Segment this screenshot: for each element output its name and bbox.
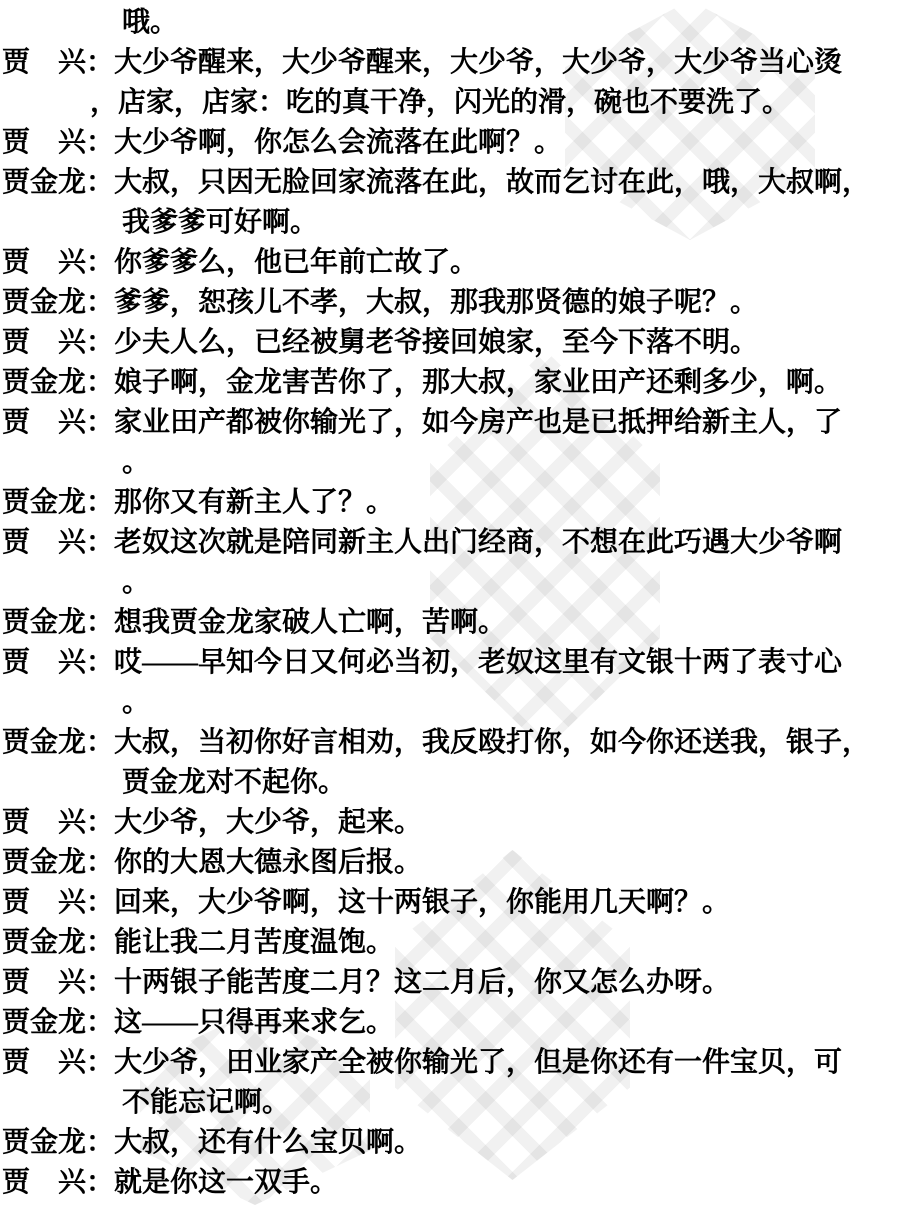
dialogue-line: 大叔，还有什么宝贝啊。: [114, 1123, 900, 1163]
dialogue-line: 你爹爹么，他已年前亡故了。: [114, 243, 900, 283]
dialogue-block: 哦。: [114, 3, 900, 43]
speaker-label: 贾 兴：: [2, 403, 114, 443]
dialogue-block: 大少爷醒来，大少爷醒来，大少爷，大少爷，大少爷当心烫，店家，店家：吃的真干净，闪…: [114, 43, 900, 123]
utterance-row: 贾 兴：就是你这一双手。: [2, 1163, 900, 1203]
speaker-label: 贾 兴：: [2, 523, 114, 563]
utterance-row: 贾 兴：大少爷，田业家产全被你输光了，但是你还有一件宝贝，可不能忘记啊。: [2, 1043, 900, 1123]
dialogue-block: 娘子啊，金龙害苦你了，那大叔，家业田产还剩多少，啊。: [114, 363, 900, 403]
speaker-label: 贾金龙：: [2, 363, 114, 403]
speaker-label: 贾 兴：: [2, 1043, 114, 1083]
speaker-label: 贾金龙：: [2, 1003, 114, 1043]
dialogue-block: 爹爹，恕孩儿不孝，大叔，那我那贤德的娘子呢？。: [114, 283, 900, 323]
dialogue-line: 爹爹，恕孩儿不孝，大叔，那我那贤德的娘子呢？。: [114, 283, 900, 323]
utterance-row: 贾金龙：能让我二月苦度温饱。: [2, 923, 900, 963]
utterance-row: 贾金龙：大叔，当初你好言相劝，我反殴打你，如今你还送我，银子，贾金龙对不起你。: [2, 723, 900, 803]
dialogue-line: 哎——早知今日又何必当初，老奴这里有文银十两了表寸心: [114, 643, 900, 683]
dialogue-line: 那你又有新主人了？。: [114, 483, 900, 523]
dialogue-block: 这——只得再来求乞。: [114, 1003, 900, 1043]
dialogue-block: 大少爷啊，你怎么会流落在此啊？。: [114, 123, 900, 163]
speaker-label: 贾金龙：: [2, 843, 114, 883]
dialogue-block: 能让我二月苦度温饱。: [114, 923, 900, 963]
dialogue-line: 贾金龙对不起你。: [122, 763, 900, 803]
utterance-row: 贾 兴：你爹爹么，他已年前亡故了。: [2, 243, 900, 283]
speaker-label: 贾 兴：: [2, 643, 114, 683]
utterance-row: 贾 兴：大少爷醒来，大少爷醒来，大少爷，大少爷，大少爷当心烫，店家，店家：吃的真…: [2, 43, 900, 123]
speaker-label: 贾 兴：: [2, 123, 114, 163]
dialogue-line: 大叔，只因无脸回家流落在此，故而乞讨在此，哦，大叔啊，: [114, 163, 900, 203]
dialogue-block: 哎——早知今日又何必当初，老奴这里有文银十两了表寸心。: [114, 643, 900, 723]
dialogue-line: 不能忘记啊。: [122, 1083, 900, 1123]
dialogue-block: 大叔，当初你好言相劝，我反殴打你，如今你还送我，银子，贾金龙对不起你。: [114, 723, 900, 803]
utterance-row: 贾 兴：老奴这次就是陪同新主人出门经商，不想在此巧遇大少爷啊。: [2, 523, 900, 603]
dialogue-block: 大叔，还有什么宝贝啊。: [114, 1123, 900, 1163]
dialogue-line: 老奴这次就是陪同新主人出门经商，不想在此巧遇大少爷啊: [114, 523, 900, 563]
dialogue-line: 大少爷啊，你怎么会流落在此啊？。: [114, 123, 900, 163]
dialogue-block: 大叔，只因无脸回家流落在此，故而乞讨在此，哦，大叔啊，我爹爹可好啊。: [114, 163, 900, 243]
utterance-row: 贾 兴：哎——早知今日又何必当初，老奴这里有文银十两了表寸心。: [2, 643, 900, 723]
speaker-label: 贾金龙：: [2, 1123, 114, 1163]
speaker-label: 贾 兴：: [2, 1163, 114, 1203]
dialogue-block: 你爹爹么，他已年前亡故了。: [114, 243, 900, 283]
speaker-label: 贾金龙：: [2, 483, 114, 523]
utterance-row: 贾 兴：十两银子能苦度二月？这二月后，你又怎么办呀。: [2, 963, 900, 1003]
dialogue-block: 大少爷，大少爷，起来。: [114, 803, 900, 843]
dialogue-line: 我爹爹可好啊。: [122, 203, 900, 243]
speaker-label: 贾 兴：: [2, 963, 114, 1003]
dialogue-line: 就是你这一双手。: [114, 1163, 900, 1203]
dialogue-block: 十两银子能苦度二月？这二月后，你又怎么办呀。: [114, 963, 900, 1003]
dialogue-line: 大少爷，大少爷，起来。: [114, 803, 900, 843]
dialogue-line: 想我贾金龙家破人亡啊，苦啊。: [114, 603, 900, 643]
dialogue-block: 大少爷，田业家产全被你输光了，但是你还有一件宝贝，可不能忘记啊。: [114, 1043, 900, 1123]
utterance-row: 贾金龙：大叔，还有什么宝贝啊。: [2, 1123, 900, 1163]
dialogue-block: 回来，大少爷啊，这十两银子，你能用几天啊？。: [114, 883, 900, 923]
dialogue-line: 回来，大少爷啊，这十两银子，你能用几天啊？。: [114, 883, 900, 923]
dialogue-line: 十两银子能苦度二月？这二月后，你又怎么办呀。: [114, 963, 900, 1003]
dialogue-line: 哦。: [122, 3, 900, 43]
utterance-row: 贾金龙：那你又有新主人了？。: [2, 483, 900, 523]
dialogue-block: 老奴这次就是陪同新主人出门经商，不想在此巧遇大少爷啊。: [114, 523, 900, 603]
speaker-label: 贾 兴：: [2, 883, 114, 923]
dialogue-line: 你的大恩大德永图后报。: [114, 843, 900, 883]
dialogue-line: 娘子啊，金龙害苦你了，那大叔，家业田产还剩多少，啊。: [114, 363, 900, 403]
dialogue-line: 。: [122, 563, 900, 603]
utterance-row: 贾金龙：你的大恩大德永图后报。: [2, 843, 900, 883]
speaker-label: 贾 兴：: [2, 243, 114, 283]
speaker-label: 贾金龙：: [2, 283, 114, 323]
dialogue-block: 那你又有新主人了？。: [114, 483, 900, 523]
utterance-row: 贾 兴：家业田产都被你输光了，如今房产也是已抵押给新主人，了。: [2, 403, 900, 483]
script-document: 哦。贾 兴：大少爷醒来，大少爷醒来，大少爷，大少爷，大少爷当心烫，店家，店家：吃…: [0, 0, 900, 1203]
dialogue-line: 能让我二月苦度温饱。: [114, 923, 900, 963]
utterance-row: 贾金龙：想我贾金龙家破人亡啊，苦啊。: [2, 603, 900, 643]
utterance-row: 贾 兴：大少爷啊，你怎么会流落在此啊？。: [2, 123, 900, 163]
utterance-row: 贾金龙：大叔，只因无脸回家流落在此，故而乞讨在此，哦，大叔啊，我爹爹可好啊。: [2, 163, 900, 243]
speaker-label: 贾金龙：: [2, 603, 114, 643]
dialogue-block: 少夫人么，已经被舅老爷接回娘家，至今下落不明。: [114, 323, 900, 363]
utterance-row: 贾 兴：少夫人么，已经被舅老爷接回娘家，至今下落不明。: [2, 323, 900, 363]
speaker-label: 贾 兴：: [2, 803, 114, 843]
dialogue-line: 大叔，当初你好言相劝，我反殴打你，如今你还送我，银子，: [114, 723, 900, 763]
utterance-row: 哦。: [2, 3, 900, 43]
speaker-label: 贾金龙：: [2, 163, 114, 203]
speaker-label: 贾 兴：: [2, 43, 114, 83]
utterance-row: 贾 兴：回来，大少爷啊，这十两银子，你能用几天啊？。: [2, 883, 900, 923]
dialogue-block: 就是你这一双手。: [114, 1163, 900, 1203]
dialogue-line: 家业田产都被你输光了，如今房产也是已抵押给新主人，了: [114, 403, 900, 443]
dialogue-block: 想我贾金龙家破人亡啊，苦啊。: [114, 603, 900, 643]
dialogue-line: 。: [122, 443, 900, 483]
utterance-row: 贾金龙：这——只得再来求乞。: [2, 1003, 900, 1043]
speaker-label: 贾金龙：: [2, 723, 114, 763]
speaker-label: 贾金龙：: [2, 923, 114, 963]
utterance-row: 贾金龙：爹爹，恕孩儿不孝，大叔，那我那贤德的娘子呢？。: [2, 283, 900, 323]
dialogue-line: 这——只得再来求乞。: [114, 1003, 900, 1043]
dialogue-line: 少夫人么，已经被舅老爷接回娘家，至今下落不明。: [114, 323, 900, 363]
utterance-row: 贾 兴：大少爷，大少爷，起来。: [2, 803, 900, 843]
dialogue-block: 你的大恩大德永图后报。: [114, 843, 900, 883]
dialogue-line: 大少爷，田业家产全被你输光了，但是你还有一件宝贝，可: [114, 1043, 900, 1083]
utterance-row: 贾金龙：娘子啊，金龙害苦你了，那大叔，家业田产还剩多少，啊。: [2, 363, 900, 403]
dialogue-line: 。: [122, 683, 900, 723]
dialogue-line: ，店家，店家：吃的真干净，闪光的滑，碗也不要洗了。: [90, 83, 900, 123]
speaker-label: 贾 兴：: [2, 323, 114, 363]
dialogue-line: 大少爷醒来，大少爷醒来，大少爷，大少爷，大少爷当心烫: [114, 43, 900, 83]
dialogue-block: 家业田产都被你输光了，如今房产也是已抵押给新主人，了。: [114, 403, 900, 483]
